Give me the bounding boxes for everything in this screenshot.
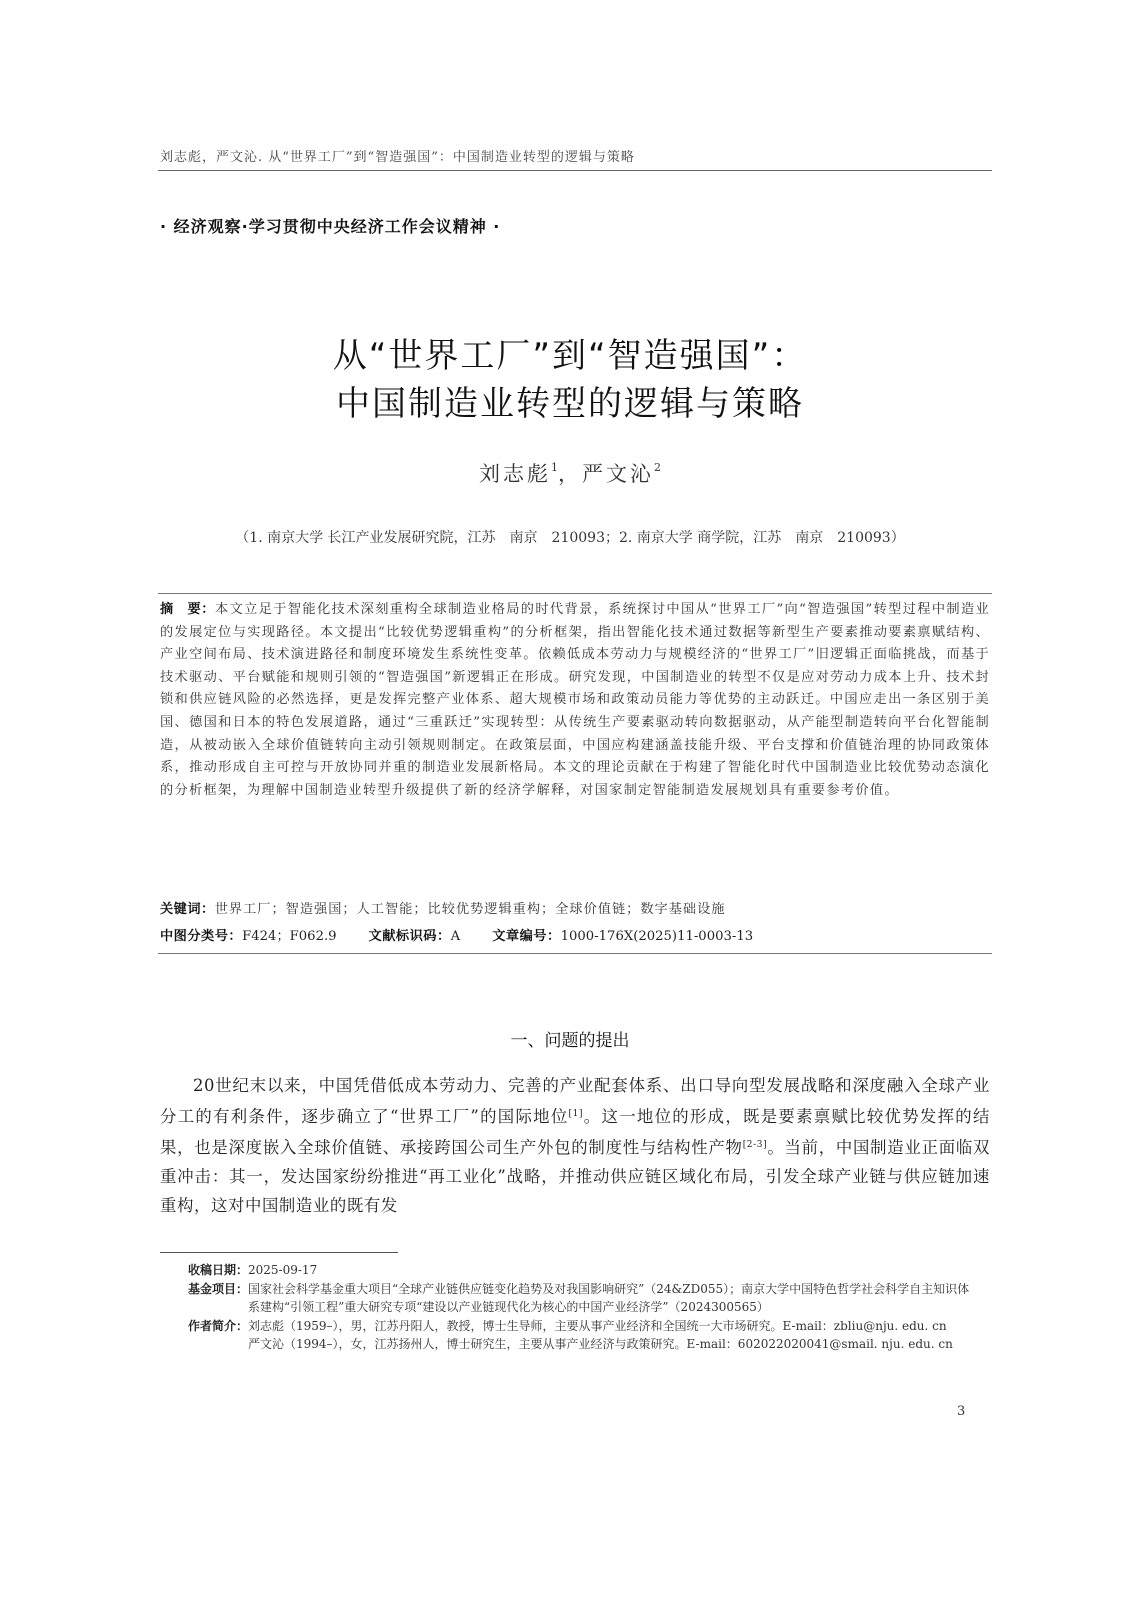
author-affil-mark: 1 <box>551 461 558 474</box>
author-affil-mark: 2 <box>654 461 661 474</box>
fund-value: 国家社会科学基金重大项目“全球产业链供应链变化趋势及对我国影响研究”（24&ZD… <box>248 1280 978 1317</box>
abstract-bottom-divider <box>158 953 992 954</box>
received-label: 收稿日期： <box>188 1261 248 1280</box>
citation-ref: [2-3] <box>743 1140 768 1150</box>
author-bio-2: 严文沁（1994–），女，江苏扬州人，博士研究生，主要从事产业经济与政策研究。E… <box>248 1335 978 1354</box>
author-bio-note: 作者简介： 刘志彪（1959–），男，江苏丹阳人，教授，博士生导师，主要从事产业… <box>188 1317 978 1354</box>
column-tag: · 经济观察·学习贯彻中央经济工作会议精神 · <box>160 214 500 237</box>
citation-ref: [1] <box>569 1109 584 1119</box>
title-line-1: 从“世界工厂”到“智造强国”： <box>0 332 1140 380</box>
author-bio-1: 刘志彪（1959–），男，江苏丹阳人，教授，博士生导师，主要从事产业经济和全国统… <box>248 1317 978 1336</box>
clc-value: F424；F062.9 <box>242 929 336 944</box>
bio-label: 作者简介： <box>188 1317 248 1354</box>
affiliations: （1. 南京大学 长江产业发展研究院，江苏 南京 210093；2. 南京大学 … <box>0 527 1140 547</box>
received-date-note: 收稿日期： 2025-09-17 <box>188 1261 978 1280</box>
received-value: 2025-09-17 <box>248 1261 978 1280</box>
section-heading: 一、问题的提出 <box>0 1026 1140 1051</box>
abstract-top-divider <box>158 593 992 594</box>
running-head: 刘志彪，严文沁. 从“世界工厂”到“智造强国”：中国制造业转型的逻辑与策略 <box>160 146 990 165</box>
keywords: 关键词：世界工厂；智造强国；人工智能；比较优势逻辑重构；全球价值链；数字基础设施 <box>160 898 990 917</box>
article-title: 从“世界工厂”到“智造强国”： 中国制造业转型的逻辑与策略 <box>0 332 1140 428</box>
classification-line: 中图分类号：F424；F062.9文献标识码：A文章编号：1000-176X(2… <box>160 925 990 944</box>
article-no-label: 文章编号： <box>492 929 560 944</box>
fund-label: 基金项目： <box>188 1280 248 1317</box>
abstract: 摘 要：本文立足于智能化技术深刻重构全球制造业格局的时代背景，系统探讨中国从“世… <box>160 599 990 802</box>
author-list: 刘志彪1，严文沁2 <box>0 458 1140 488</box>
title-line-2: 中国制造业转型的逻辑与策略 <box>0 380 1140 428</box>
doc-code-label: 文献标识码： <box>369 929 451 944</box>
author-name: 严文沁 <box>582 462 654 486</box>
keywords-label: 关键词： <box>160 902 215 917</box>
author-name: 刘志彪 <box>479 462 551 486</box>
doc-code-value: A <box>451 929 461 944</box>
header-divider <box>158 170 992 171</box>
footnotes: 收稿日期： 2025-09-17 基金项目： 国家社会科学基金重大项目“全球产业… <box>188 1261 978 1354</box>
article-no-value: 1000-176X(2025)11-0003-13 <box>561 929 753 944</box>
body-paragraph: 20世纪末以来，中国凭借低成本劳动力、完善的产业配套体系、出口导向型发展战略和深… <box>160 1071 990 1220</box>
author-separator: ， <box>558 462 582 486</box>
abstract-label: 摘 要： <box>160 602 215 617</box>
page-number: 3 <box>957 1404 965 1419</box>
fund-note: 基金项目： 国家社会科学基金重大项目“全球产业链供应链变化趋势及对我国影响研究”… <box>188 1280 978 1317</box>
abstract-text: 本文立足于智能化技术深刻重构全球制造业格局的时代背景，系统探讨中国从“世界工厂”… <box>160 602 990 798</box>
clc-label: 中图分类号： <box>160 929 242 944</box>
keywords-text: 世界工厂；智造强国；人工智能；比较优势逻辑重构；全球价值链；数字基础设施 <box>215 902 726 917</box>
footnote-divider <box>160 1252 398 1253</box>
